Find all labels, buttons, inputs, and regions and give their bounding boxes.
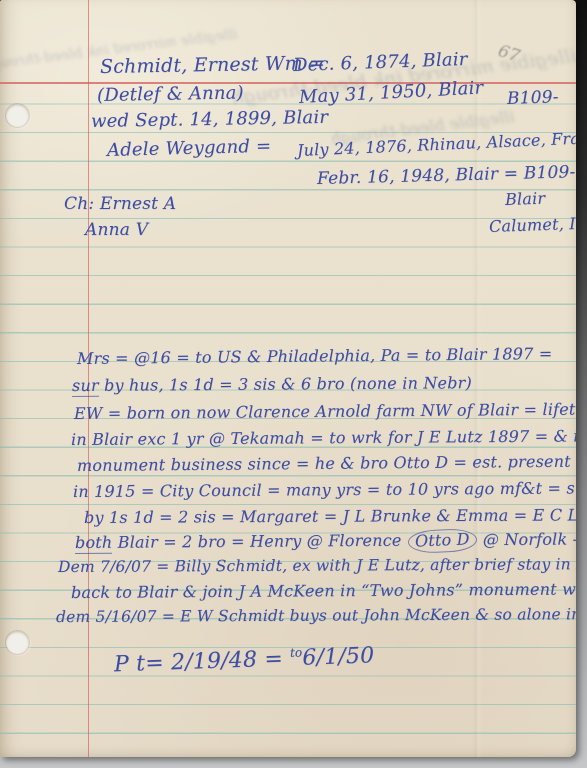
note-line-8: both Blair = 2 bro = Henry @ Florence Ot…: [75, 528, 576, 555]
grave-reference: B109-: [507, 87, 559, 109]
note-line-7: by 1s 1d = 2 sis = Margaret = J L Brunke…: [84, 505, 576, 527]
child-1-name: Ch: Ernest A: [64, 194, 176, 214]
note-line-8-end: @ Norfolk -: [477, 529, 576, 549]
note-line-4: in Blair exc 1 yr @ Tekamah = to wrk for…: [71, 426, 576, 449]
underlined-word-both: both: [75, 533, 113, 554]
note-line-8-mid: Blair = 2 bro = Henry @ Florence: [112, 531, 407, 552]
child-2-place: Calumet, Ill: [489, 214, 576, 236]
footer-superscript-to: to: [290, 645, 303, 659]
underlined-word-sur: sur: [72, 376, 99, 397]
note-line-6: in 1915 = City Council = many yrs = to 1…: [73, 478, 576, 501]
name-line: Schmidt, Ernest Wm =: [100, 52, 326, 78]
spouse-name: Adele Weygand =: [107, 136, 272, 161]
note-line-9: Dem 7/6/07 = Billy Schmidt, ex with J E …: [58, 555, 576, 576]
note-line-10: back to Blair & join J A McKeen in “Two …: [71, 579, 576, 602]
note-line-11: dem 5/16/07 = E W Schmidt buys out John …: [56, 605, 576, 626]
record-card-page: illegible mirrored ink bleed-through ill…: [0, 0, 576, 757]
punch-hole-top: [6, 104, 29, 127]
scanned-document: illegible mirrored ink bleed-through ill…: [0, 0, 587, 768]
footer-part-2: 6/1/50: [302, 643, 375, 670]
circled-name-otto-d: Otto D: [407, 528, 477, 554]
child-2-name: Anna V: [85, 220, 148, 240]
note-line-2-rest: by hus, 1s 1d = 3 sis & 6 bro (none in N…: [99, 373, 472, 395]
note-line-2: sur by hus, 1s 1d = 3 sis & 6 bro (none …: [72, 373, 472, 395]
child-1-place: Blair: [505, 189, 546, 209]
parents-line: (Detlef & Anna): [97, 82, 244, 106]
punch-hole-bottom: [6, 631, 29, 654]
marriage-line: wed Sept. 14, 1899, Blair: [91, 107, 329, 132]
